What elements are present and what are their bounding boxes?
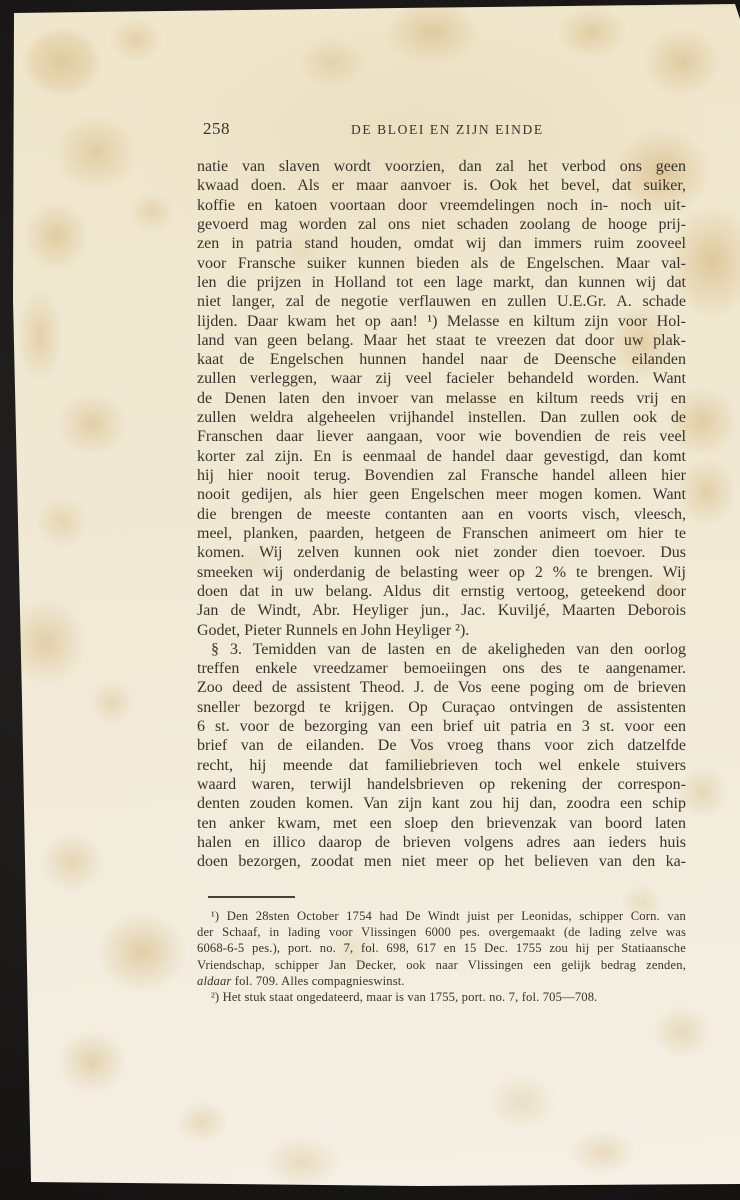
footnote-text: ¹) Den 28sten October 1754 had De Windt … xyxy=(211,909,686,923)
body-line: Jan de Windt, Abr. Heyliger jun., Jac. K… xyxy=(197,601,686,620)
footnote-line: ²) Het stuk staat ongedateerd, maar is v… xyxy=(197,989,686,1005)
body-line: sneller bezorgd te krijgen. Op Curaçao o… xyxy=(197,698,686,717)
body-line: recht, hij meende dat familiebrieven toc… xyxy=(197,756,686,775)
body-line: hij hier nooit terug. Bovendien zal Fran… xyxy=(197,466,686,485)
body-line: koffie en katoen voortaan door vreemdeli… xyxy=(197,196,686,215)
body-line: natie van slaven wordt voorzien, dan zal… xyxy=(197,157,686,176)
body-line: Zoo deed de assistent Theod. J. de Vos e… xyxy=(197,678,686,697)
body-line: voor Fransche suiker kunnen bieden als d… xyxy=(197,254,686,273)
running-header: DE BLOEI EN ZIJN EINDE xyxy=(351,122,544,138)
body-line: kwaad doen. Als er maar aanvoer is. Ook … xyxy=(197,176,686,195)
body-line: zullen weldra algeheelen vrijhandel inst… xyxy=(197,408,686,427)
body-line: korter zal zijn. En is eenmaal de handel… xyxy=(197,447,686,466)
body-line: zullen verleggen, waar zij veel facieler… xyxy=(197,369,686,388)
body-text: natie van slaven wordt voorzien, dan zal… xyxy=(197,157,686,872)
page-number: 258 xyxy=(203,119,230,139)
body-line: gevoerd mag worden zal ons niet schaden … xyxy=(197,215,686,234)
footnote-text: Vriendschap, schipper Jan Decker, ook na… xyxy=(197,958,686,972)
body-line: len die prijzen in Holland tot een lage … xyxy=(197,273,686,292)
footnote: ²) Het stuk staat ongedateerd, maar is v… xyxy=(197,989,686,1005)
body-line: smeeken wij onderdanig de belasting weer… xyxy=(197,563,686,582)
body-line: kaat de Engelschen hunnen handel naar de… xyxy=(197,350,686,369)
body-line: waard waren, terwijl handelsbrieven op r… xyxy=(197,775,686,794)
body-line: lijden. Daar kwam het op aan! ¹) Melasse… xyxy=(197,312,686,331)
footnote-text: ²) Het stuk staat ongedateerd, maar is v… xyxy=(211,990,597,1004)
footnote-line: aldaar fol. 709. Alles compagnieswinst. xyxy=(197,973,686,989)
body-line: nooit gedijen, als hier geen Engelschen … xyxy=(197,485,686,504)
footnote-text: fol. 709. Alles compagnieswinst. xyxy=(232,974,405,988)
footnote-line: der Schaaf, in lading voor Vlissingen 60… xyxy=(197,924,686,940)
footnote-separator xyxy=(208,896,295,898)
body-line: Godet, Pieter Runnels en John Heyliger ²… xyxy=(197,621,686,640)
body-line: halen en illico daarop de brieven volgen… xyxy=(197,833,686,852)
body-line: denten zouden komen. Van zijn kant zou h… xyxy=(197,794,686,813)
footnote-line: Vriendschap, schipper Jan Decker, ook na… xyxy=(197,957,686,973)
footnotes: ¹) Den 28sten October 1754 had De Windt … xyxy=(197,908,686,1005)
body-line: treffen enkele vreedzamer bemoeiingen on… xyxy=(197,659,686,678)
footnote-text: der Schaaf, in lading voor Vlissingen 60… xyxy=(197,925,686,939)
body-line: die brengen de meeste contanten aan en v… xyxy=(197,505,686,524)
body-line: land van geen belang. Maar het staat te … xyxy=(197,331,686,350)
paper-sheet: 258 DE BLOEI EN ZIJN EINDE natie van sla… xyxy=(0,0,740,1200)
body-line: de Denen laten den invoer van melasse en… xyxy=(197,389,686,408)
footnote-text: 6068-6-5 pes.), port. no. 7, fol. 698, 6… xyxy=(197,941,686,955)
body-line: ten anker kwam, met een sloep den brieve… xyxy=(197,814,686,833)
body-line: meel, planken, paarden, hetgeen de Frans… xyxy=(197,524,686,543)
body-line: Franschen daar liever aangaan, voor wie … xyxy=(197,427,686,446)
body-line: § 3. Temidden van de lasten en de akelig… xyxy=(197,640,686,659)
body-line: doen bezorgen, zoodat men niet meer op h… xyxy=(197,852,686,871)
body-line: niet langer, zal de negotie verflauwen e… xyxy=(197,292,686,311)
italic-text: aldaar xyxy=(197,974,232,988)
body-line: brief van de eilanden. De Vos vroeg than… xyxy=(197,736,686,755)
footnote-line: ¹) Den 28sten October 1754 had De Windt … xyxy=(197,908,686,924)
paragraph: natie van slaven wordt voorzien, dan zal… xyxy=(197,157,686,640)
body-line: zen in patria stand houden, omdat wij da… xyxy=(197,234,686,253)
body-line: 6 st. voor de bezorging van een brief ui… xyxy=(197,717,686,736)
footnote: ¹) Den 28sten October 1754 had De Windt … xyxy=(197,908,686,989)
footnote-line: 6068-6-5 pes.), port. no. 7, fol. 698, 6… xyxy=(197,940,686,956)
paragraph: § 3. Temidden van de lasten en de akelig… xyxy=(197,640,686,872)
body-line: doen dat in uw belang. Aldus dit ernstig… xyxy=(197,582,686,601)
scanned-book-page-photo: 258 DE BLOEI EN ZIJN EINDE natie van sla… xyxy=(0,0,740,1200)
body-line: komen. Wij zelven kunnen ook niet zonder… xyxy=(197,543,686,562)
